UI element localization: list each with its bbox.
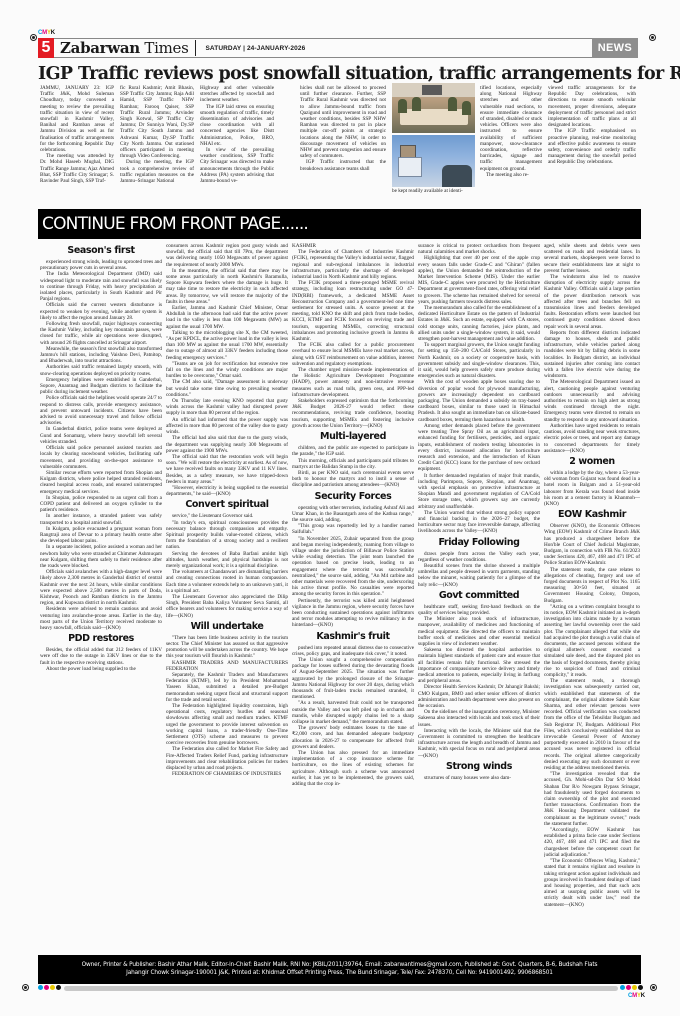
paragraph: The Federation of Chambers of Industries… (292, 249, 414, 280)
paragraph: "There has been little business activity… (166, 635, 288, 660)
paragraph: "The investigation revealed that the acc… (544, 771, 640, 827)
registration-mark-icon (22, 984, 29, 991)
paragraph: experienced strong winds, leading to upr… (40, 259, 162, 271)
paragraph: Police officials said the helplines woul… (40, 395, 162, 426)
paragraph: The India Meteorological Department (IMD… (40, 271, 162, 302)
cmyk-label: CMYK (628, 993, 645, 999)
paragraph: surance is critical to protect orchardis… (418, 243, 540, 255)
subhead-strong-winds: Strong winds (418, 761, 540, 773)
paragraph: Authorities have urged residents to rema… (544, 423, 640, 454)
paragraph: FEDERATION OF CHAMBERS OF INDUSTRIES (166, 771, 288, 777)
subhead-pdd-restores: PDD restores (40, 633, 162, 645)
paragraph: The Union sought a comprehensive compens… (292, 657, 414, 700)
imprint-footer: Owner, Printer & Publisher: Bashir Athar… (38, 955, 641, 984)
paragraph: Officials said avalanches with a high-da… (40, 569, 162, 606)
paragraph: within a lodge by the day, where a 53-ye… (544, 470, 640, 507)
continued-column-1: Season's first experienced strong winds,… (40, 243, 162, 948)
paragraph: "Acting on a written complaint brought t… (544, 604, 640, 678)
paragraph: The Meteorological Department issued an … (544, 379, 640, 422)
paragraph: Talking to the microblogging site X, the… (166, 330, 288, 361)
paragraph: The chamber urged mission-mode implement… (292, 367, 414, 398)
subhead-eow-kashmir: EOW Kashmir (544, 509, 640, 521)
lead-paragraph: fic Rural Kashmir; Amit Bhasin, SSP Traf… (120, 85, 194, 159)
paragraph: Earlier, Jammu and Kashmir Chief Ministe… (166, 305, 288, 330)
paragraph: Sakeena too directed the hospital author… (418, 647, 540, 684)
lead-column-5: tified locations, especially along Natio… (480, 85, 542, 203)
lead-paragraph: Highway and other vulnerable stretches a… (200, 85, 274, 104)
paragraph: Observer (KNO), the Economic Offences Wi… (544, 523, 640, 566)
paragraph: The Minister also took stock of infrastr… (418, 616, 540, 647)
continued-column-5: aged, while sheets and debris were seen … (544, 243, 640, 948)
paragraph: On the sidelines of the inauguration cer… (418, 709, 540, 728)
registration-bar (64, 986, 618, 991)
lead-column-3: Highway and other vulnerable stretches a… (200, 85, 274, 203)
section-badge: NEWS (592, 38, 638, 58)
paragraph: Serving the devotees of Baba Barfani ami… (166, 551, 288, 570)
paragraph: The Union has also pressed for an immedi… (292, 750, 414, 787)
paragraph: Pertinently, the terrorist was killed am… (292, 598, 414, 629)
paragraph: Emergency helplines were established in … (40, 377, 162, 396)
continued-column-2: consumers across Kashmir region post gus… (166, 243, 288, 948)
lead-paragraph: The meeting also re- (480, 172, 542, 178)
paragraph: The windstorm also led to massive disrup… (544, 274, 640, 330)
subhead-seasons-first: Season's first (40, 245, 162, 257)
paragraph: On Thursday late evening KNO reported th… (166, 398, 288, 417)
paragraph: This morning, officials and participants… (292, 458, 414, 470)
paragraph: About the power load being supplied to t… (40, 666, 162, 672)
paragraph: "This group was reportedly led by a hand… (292, 523, 414, 535)
paragraph: "In November 2025, Zubair separated from… (292, 536, 414, 598)
meeting-photo (392, 83, 475, 133)
lead-paragraph: JAMMU, JANUARY 23: IGP Traffic J&K, Mohd… (40, 85, 114, 153)
issue-date: SATURDAY | 24-JANUARY-2026 (206, 45, 306, 52)
paragraph: healthcare staff, seeking first-hand fee… (418, 604, 540, 616)
subhead-friday-following: Friday Following (418, 537, 540, 549)
masthead: 5 Zabarwan Times SATURDAY | 24-JANUARY-2… (38, 38, 638, 58)
paragraph: Authorities said traffic remained largel… (40, 364, 162, 376)
lead-paragraph: The meeting was attended by Dr. Mohd Has… (40, 153, 114, 184)
paragraph: In another instance, a stranded patient … (40, 513, 162, 525)
paragraph: "As a result, harvested fruit could not … (292, 700, 414, 725)
lead-paragraph: During the meeting, the IGP took a compr… (120, 159, 194, 184)
page-number: 5 (38, 38, 54, 58)
paragraph: Stakeholders expressed optimism that the… (292, 398, 414, 429)
paragraph: Officials said police personnel assisted… (40, 445, 162, 470)
paragraph: The official had also said that due to t… (166, 435, 288, 454)
paragraph: "In today's era, spiritual consciousness… (166, 520, 288, 551)
paragraph: With the cost of wooden apple boxes soar… (418, 379, 540, 422)
subhead-security-forces: Security Forces (292, 491, 414, 503)
subhead-convert-spiritual: Convert spiritual (166, 499, 288, 511)
continued-column-3: KASHMIR The Federation of Chambers of In… (292, 243, 414, 948)
registration-mark-icon (650, 984, 657, 991)
subhead-will-undertake: Will undertake (166, 621, 288, 633)
paragraph: draws people from across the Valley each… (418, 551, 540, 563)
paragraph: An official had informed that the power … (166, 417, 288, 436)
paragraph: The Union warned that without strong pol… (418, 510, 540, 535)
paragraph: Separately, the Kashmir Traders and Manu… (166, 672, 288, 703)
imprint-line-1: Owner, Printer & Publisher: Bashir Athar… (38, 961, 641, 969)
paragraph: Residents were advised to remain cautiou… (40, 606, 162, 631)
paragraph: In Ganderbal district, police teams were… (40, 426, 162, 445)
paragraph: The growers' body estimates losses to th… (292, 725, 414, 750)
paragraph: Similar rescue efforts were reported fro… (40, 470, 162, 495)
paragraph: In Kulgam, police evacuated a pregnant w… (40, 526, 162, 545)
paragraph: It further demanded regulation of major … (418, 473, 540, 510)
paragraph: The FCIK also called for a public procur… (292, 342, 414, 367)
paragraph: Interacting with the locals, the Ministe… (418, 728, 540, 759)
continue-from-front-page-banner: CONTINUE FROM FRONT PAGE...... (38, 209, 641, 239)
lead-paragraph: tified locations, especially along Natio… (480, 85, 542, 172)
paragraph: Following fresh snowfall, major highways… (40, 321, 162, 346)
photo-caption-continuation: be kept readily available at identi- (392, 188, 482, 194)
paragraph: pushed into repeated annual distress due… (292, 645, 414, 657)
paragraph: structures of many houses were also dam- (418, 775, 540, 781)
paragraph: The volunteers at Chandanwari are disman… (166, 569, 288, 594)
lead-column-4: hicles shall not be allowed to proceed u… (300, 85, 386, 203)
lead-paragraph: IGP Traffic instructed that the breakdow… (300, 159, 386, 171)
paragraph: "Teams are on job for rectification but … (166, 361, 288, 380)
paragraph: Beautiful scenes from the shrine showed … (418, 563, 540, 588)
paragraph: Birdi, as per KNO said, such ceremonial … (292, 470, 414, 489)
subhead-govt-committed: Govt committed (418, 590, 540, 602)
paragraph: To support marginal growers, the Union s… (418, 342, 540, 379)
paragraph: In the meantime, the official said that … (166, 268, 288, 305)
subhead-2-women: 2 women (544, 456, 640, 468)
paragraph: "Accordingly, EOW Kashmir has establishe… (544, 827, 640, 858)
lead-paragraph: In view of the prevailing weather condit… (200, 147, 274, 184)
paragraph: Highlighting that over 40 per cent of th… (418, 255, 540, 305)
registration-mark-icon (649, 34, 656, 41)
paragraph: "The Economic Offences Wing, Kashmir," s… (544, 858, 640, 908)
paragraph: Reports from different districts indicat… (544, 330, 640, 380)
paragraph: Among other demands placed before the go… (418, 423, 540, 473)
video-conference-photo (392, 135, 475, 187)
paragraph: Meanwhile, the season's first snowfall a… (40, 346, 162, 365)
paragraph: The official said that the restoration w… (166, 454, 288, 485)
paragraph: children, and the public are expected to… (292, 445, 414, 457)
paragraph: The CM also said, "Damage assessment is … (166, 379, 288, 398)
paragraph: "However, electricity is being supplied … (166, 485, 288, 497)
paragraph: In Shopian, police responded to an urgen… (40, 495, 162, 514)
lead-paragraph: The IGP Traffic emphasised on proactive … (548, 128, 636, 165)
lead-paragraph: hicles shall not be allowed to proceed u… (300, 85, 386, 159)
lead-column-1: JAMMU, JANUARY 23: IGP Traffic J&K, Mohd… (40, 85, 114, 203)
paper-name: Zabarwan Times (60, 39, 189, 57)
color-swatch-right (620, 985, 643, 990)
lead-column-2: fic Rural Kashmir; Amit Bhasin, SSP Traf… (120, 85, 194, 203)
paragraph: Besides, the official added that 212 fee… (40, 647, 162, 666)
paragraph: The statement reads, the case relates to… (544, 567, 640, 604)
imprint-line-2: Jahangir Chowk Srinagar-190001 J&K, Prin… (38, 969, 641, 977)
paragraph: In a separate incident, police assisted … (40, 544, 162, 569)
paragraph: Officials said the current western distu… (40, 302, 162, 321)
paragraph: The memorandum also called for the estab… (418, 305, 540, 342)
paragraph: The Federation highlighted liquidity con… (166, 703, 288, 746)
paragraph: The Federation also called for Market Fi… (166, 746, 288, 771)
subhead-multi-layered: Multi-layered (292, 431, 414, 443)
continued-column-4: surance is critical to protect orchardis… (418, 243, 540, 948)
paragraph: aged, while sheets and debris were seen … (544, 243, 640, 274)
paragraph: KASHMIR TRADERS AND MANUFACTURERS FEDERA… (166, 660, 288, 672)
subhead-kashmirs-fruit: Kashmir's fruit (292, 631, 414, 643)
paragraph: Director Health Services Kashmir, Dr Jah… (418, 684, 540, 709)
paragraph: The FCIK proposed a three-pronged MSME r… (292, 280, 414, 342)
newspaper-page: CMYK 5 Zabarwan Times SATURDAY | 24-JANU… (0, 0, 680, 1016)
paragraph: The Lieutenant Governor also appreciated… (166, 594, 288, 619)
paragraph: consumers across Kashmir region post gus… (166, 243, 288, 268)
paragraph: operating with other terrorists, includi… (292, 505, 414, 524)
lead-paragraph: The IGP laid stress on ensuring smooth r… (200, 104, 274, 147)
lead-paragraph: viewed traffic arrangements for the Repu… (548, 85, 636, 128)
color-swatch-left (38, 985, 61, 990)
masthead-divider (195, 40, 196, 56)
cmyk-label: CMYK (38, 30, 55, 36)
registration-mark-icon (30, 34, 37, 41)
lead-headline: IGP Traffic reviews post snowfall situat… (38, 64, 638, 84)
paragraph: The statement reads, a thorough investig… (544, 678, 640, 771)
lead-column-6: viewed traffic arrangements for the Repu… (548, 85, 636, 203)
